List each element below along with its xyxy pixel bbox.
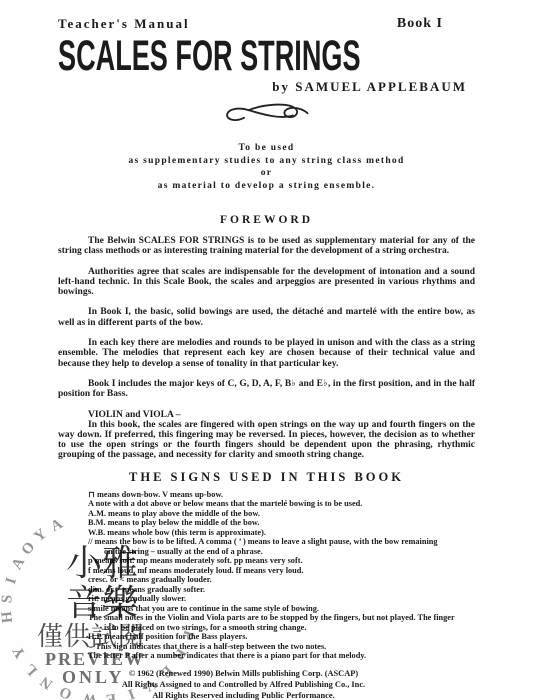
sign-line-dim: dim. or > means gradually softer.: [88, 585, 521, 595]
page-title: SCALES FOR STRINGS: [58, 34, 361, 78]
foreword-paragraph: Authorities agree that scales are indisp…: [58, 267, 475, 298]
copyright-line: © 1962 (Renewed 1990) Belwin Mills publi…: [58, 668, 429, 679]
sign-line-half-step: ⌣ This sign indicates that there is a ha…: [88, 642, 521, 652]
sign-line-hp: H.P. means half position for the Bass pl…: [88, 632, 521, 642]
author-byline: by SAMUEL APPLEBAUM: [58, 79, 475, 95]
violin-viola-heading: VIOLIN and VIOLA –: [88, 410, 475, 420]
usage-note: To be used as supplementary studies to a…: [58, 142, 475, 192]
copyright-line: All Rights Reserved including Public Per…: [58, 690, 429, 700]
page-header: Teacher's Manual Book I: [58, 16, 475, 32]
sign-line-bow-direction: ⊓ means down-bow. V means up-bow.: [88, 490, 521, 500]
sign-line-wb: W.B. means whole bow (this term is appro…: [88, 528, 521, 538]
signs-heading: THE SIGNS USED IN THIS BOOK: [58, 470, 475, 485]
copyright-notice: © 1962 (Renewed 1990) Belwin Mills publi…: [58, 668, 429, 700]
teachers-manual-label: Teacher's Manual: [58, 16, 190, 32]
sign-line-martele-dot: A note with a dot above or below means t…: [88, 499, 521, 509]
usage-line: To be used: [58, 142, 475, 155]
usage-line: or: [58, 167, 475, 180]
usage-line: as supplementary studies to any string c…: [58, 155, 475, 168]
sign-line-loud-dynamics: f means loud. mf means moderately loud. …: [88, 566, 521, 576]
sign-line-lift-comma-cont: on the string – usually at the end of a …: [88, 547, 521, 557]
signs-list: ⊓ means down-bow. V means up-bow. A note…: [88, 490, 521, 661]
flourish-ornament-icon: [58, 101, 475, 132]
sign-line-rit: rit. means gradually slower.: [88, 594, 521, 604]
foreword-paragraph: In Book I, the basic, solid bowings are …: [58, 307, 475, 328]
sign-line-am: A.M. means to play above the middle of t…: [88, 509, 521, 519]
sign-line-soft-dynamics: p means soft. mp means moderately soft. …: [88, 556, 521, 566]
book-page: Teacher's Manual Book I SCALES FOR STRIN…: [0, 0, 541, 700]
sign-line-small-notes-cont: is to be placed on two strings, for a sm…: [88, 623, 521, 633]
page-content: Teacher's Manual Book I SCALES FOR STRIN…: [0, 0, 541, 700]
sign-line-bm: B.M. means to play below the middle of t…: [88, 518, 521, 528]
copyright-line: All Rights Assigned to and Controlled by…: [58, 679, 429, 690]
sign-line-piano-part: The letter P after a number indicates th…: [88, 651, 521, 661]
foreword-paragraph: Book I includes the major keys of C, G, …: [58, 379, 475, 400]
usage-line: as material to develop a string ensemble…: [58, 180, 475, 193]
book-number-label: Book I: [397, 16, 443, 32]
sign-line-simile: simile means that you are to continue in…: [88, 604, 521, 614]
sign-line-small-notes: The small notes in the Violin and Viola …: [88, 613, 521, 623]
foreword-paragraph: In each key there are melodies and round…: [58, 338, 475, 369]
sign-line-cresc: cresc. or < means gradually louder.: [88, 575, 521, 585]
foreword-heading: FOREWORD: [58, 214, 475, 226]
title-row: SCALES FOR STRINGS: [58, 34, 475, 78]
violin-viola-paragraph: In this book, the scales are fingered wi…: [58, 420, 475, 461]
foreword-paragraph: The Belwin SCALES FOR STRINGS is to be u…: [58, 236, 475, 257]
sign-line-lift-comma: // means the bow is to be lifted. A comm…: [88, 537, 521, 547]
